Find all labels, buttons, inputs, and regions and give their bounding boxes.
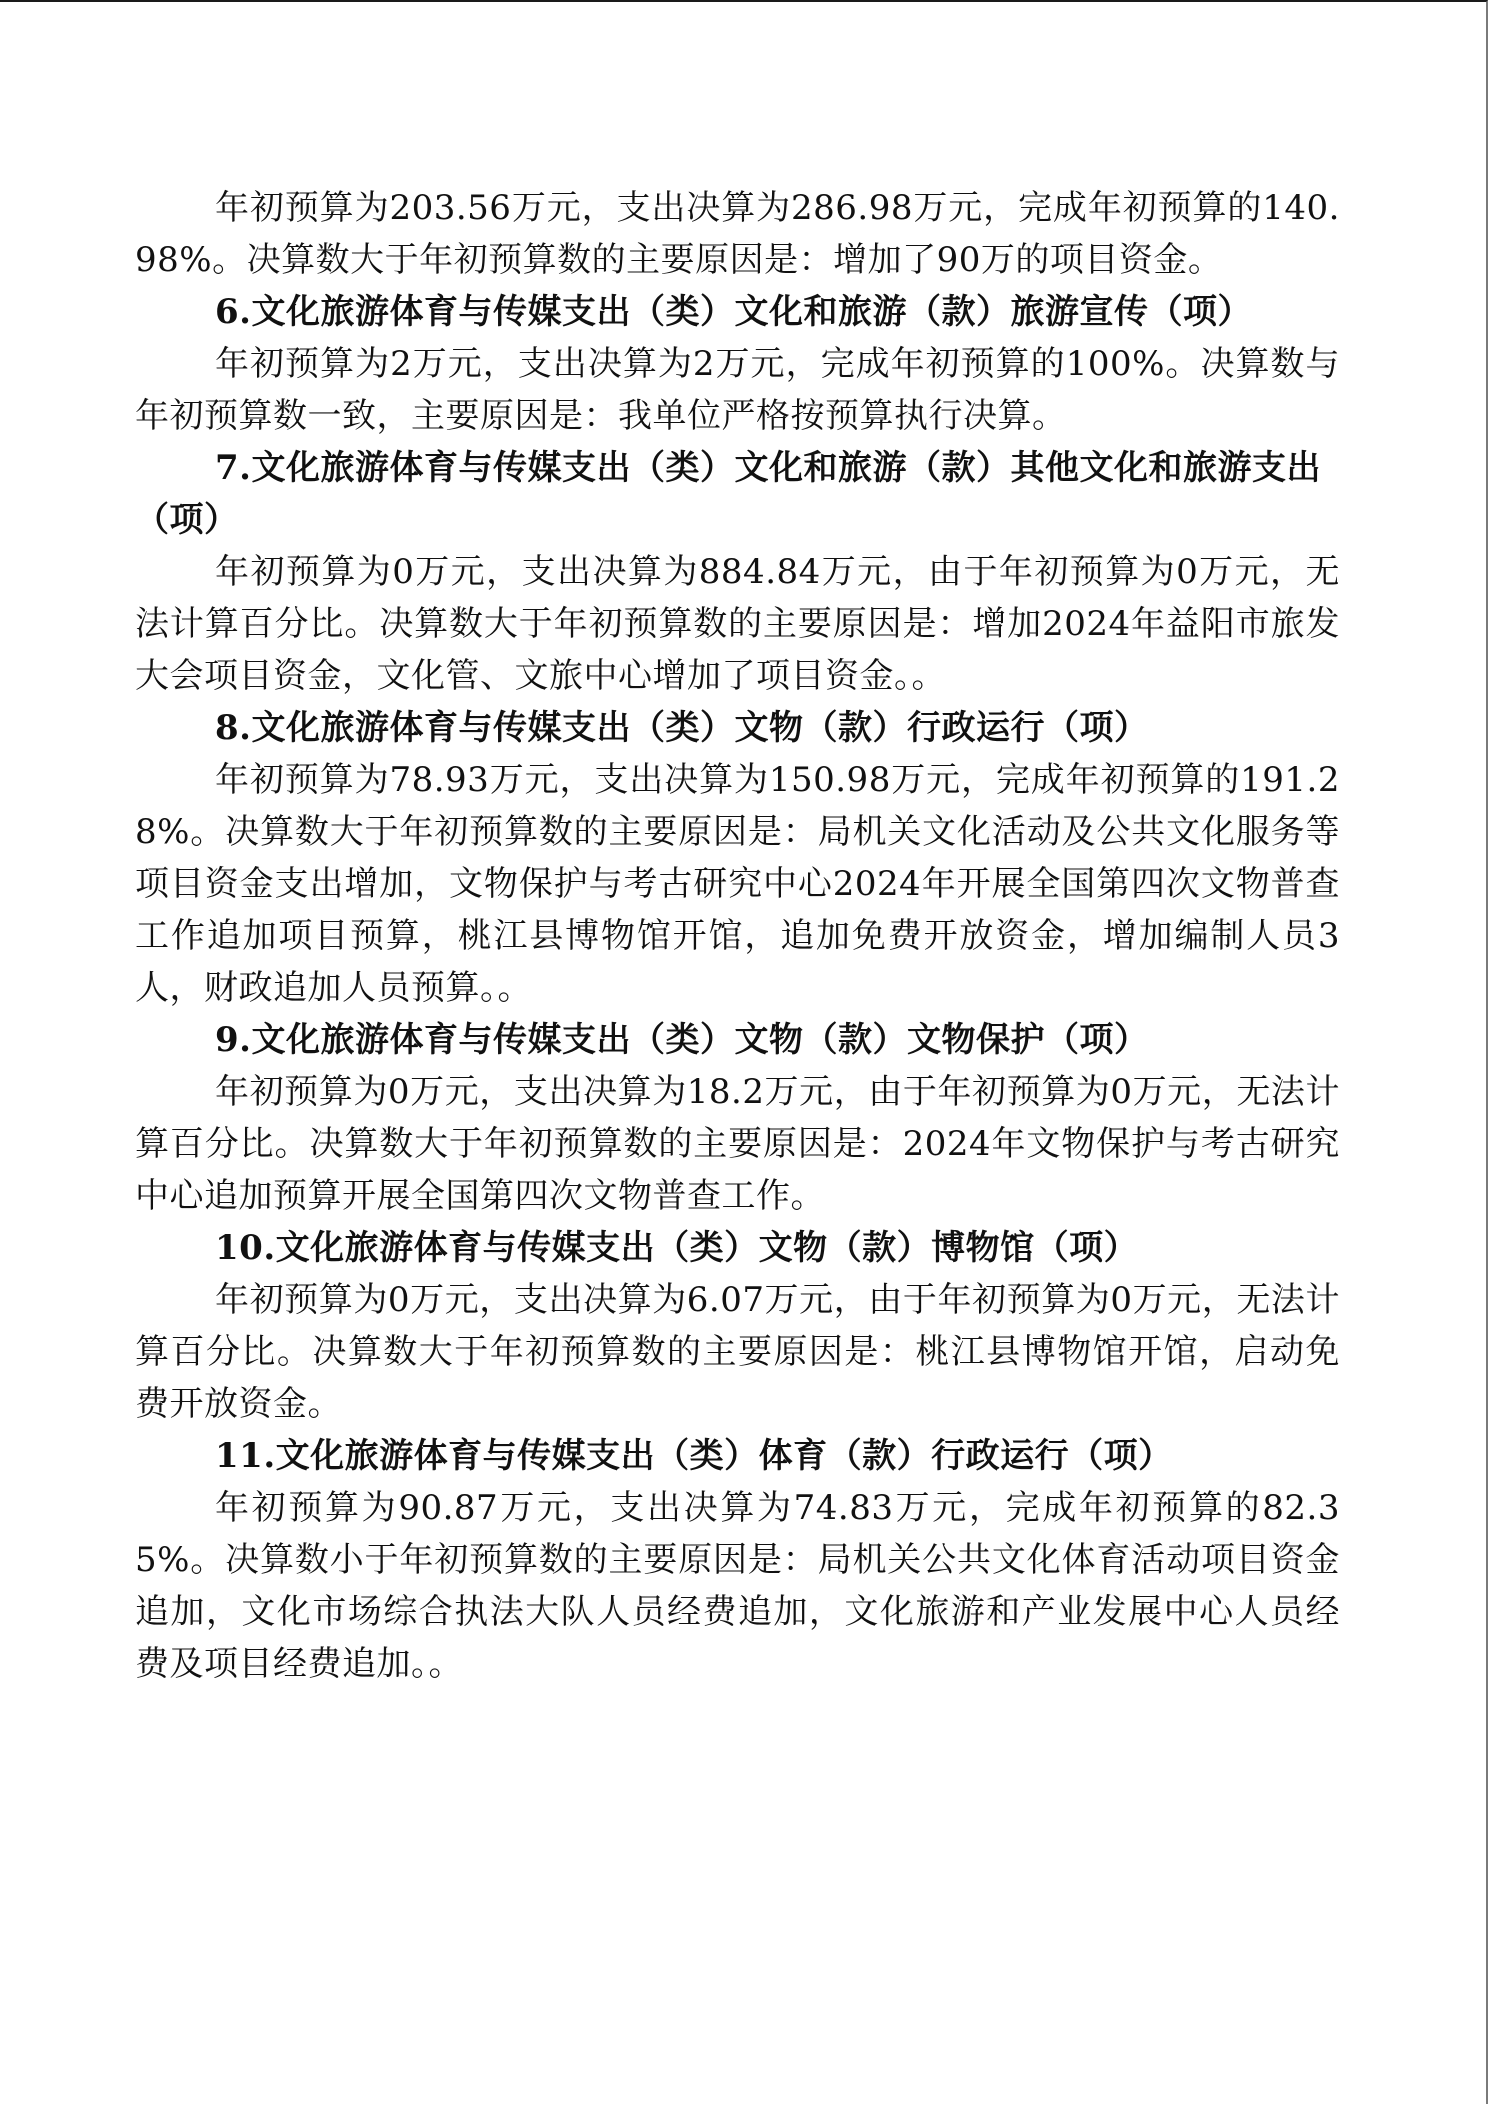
heading-item9: 9.文化旅游体育与传媒支出（类）文物（款）文物保护（项） [135, 1014, 1340, 1066]
paragraph-item5-body: 年初预算为203.56万元，支出决算为286.98万元，完成年初预算的140.9… [135, 182, 1340, 286]
paragraph-item8-body: 年初预算为78.93万元，支出决算为150.98万元，完成年初预算的191.28… [135, 754, 1340, 1014]
document-page: 年初预算为203.56万元，支出决算为286.98万元，完成年初预算的140.9… [0, 0, 1488, 2104]
paragraph-item6-body: 年初预算为2万元，支出决算为2万元，完成年初预算的100%。决算数与年初预算数一… [135, 338, 1340, 442]
heading-item11: 11.文化旅游体育与传媒支出（类）体育（款）行政运行（项） [135, 1430, 1340, 1482]
paragraph-item9-body: 年初预算为0万元，支出决算为18.2万元，由于年初预算为0万元，无法计算百分比。… [135, 1066, 1340, 1222]
heading-item6: 6.文化旅游体育与传媒支出（类）文化和旅游（款）旅游宣传（项） [135, 286, 1340, 338]
heading-item10: 10.文化旅游体育与传媒支出（类）文物（款）博物馆（项） [135, 1222, 1340, 1274]
paragraph-item11-body: 年初预算为90.87万元，支出决算为74.83万元，完成年初预算的82.35%。… [135, 1482, 1340, 1690]
heading-item7: 7.文化旅游体育与传媒支出（类）文化和旅游（款）其他文化和旅游支出（项） [135, 442, 1340, 546]
heading-item8: 8.文化旅游体育与传媒支出（类）文物（款）行政运行（项） [135, 702, 1340, 754]
document-content: 年初预算为203.56万元，支出决算为286.98万元，完成年初预算的140.9… [135, 182, 1340, 1690]
paragraph-item10-body: 年初预算为0万元，支出决算为6.07万元，由于年初预算为0万元，无法计算百分比。… [135, 1274, 1340, 1430]
paragraph-item7-body: 年初预算为0万元，支出决算为884.84万元，由于年初预算为0万元，无法计算百分… [135, 546, 1340, 702]
